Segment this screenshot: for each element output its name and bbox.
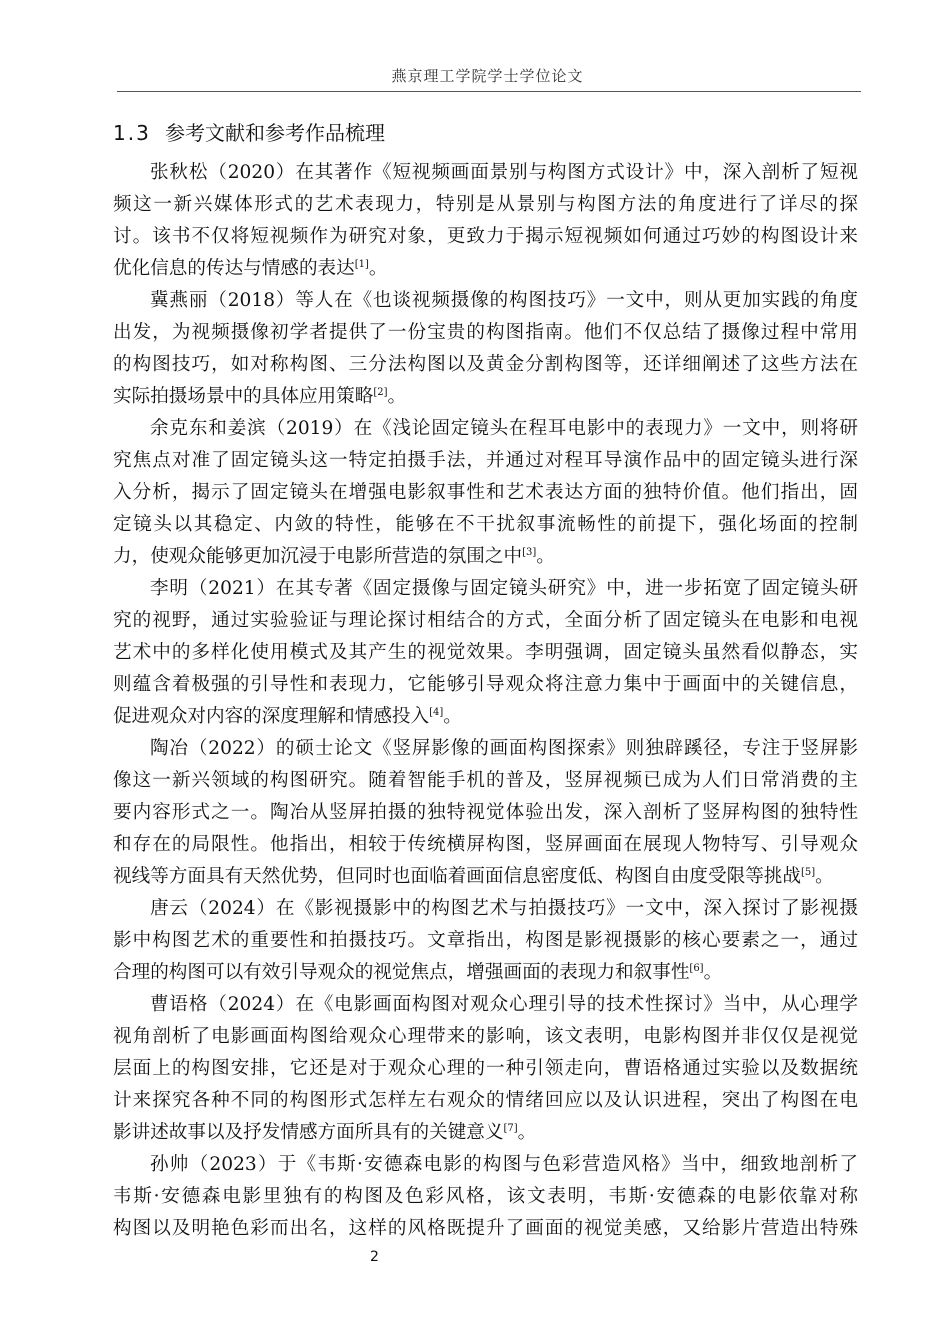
- text-fragment: 。: [443, 706, 462, 727]
- citation-ref[interactable]: [3]: [522, 547, 536, 558]
- text-line: 要内容形式之一。陶冶从竖屏拍摄的独特视觉体验出发，深入剖析了竖屏构图的独特性: [113, 797, 858, 829]
- text-line: 李明（2021）在其专著《固定摄像与固定镜头研究》中，进一步拓宽了固定镜头研: [113, 573, 858, 605]
- text-fragment: 。: [388, 386, 407, 407]
- citation-ref[interactable]: [5]: [801, 867, 815, 878]
- page-header-title: 燕京理工学院学士学位论文: [0, 65, 950, 86]
- text-line: 像这一新兴领域的构图研究。随着智能手机的普及，竖屏视频已成为人们日常消费的主: [113, 765, 858, 797]
- text-line: 讨。该书不仅将短视频作为研究对象，更致力于揭示短视频如何通过巧妙的构图设计来: [113, 221, 858, 253]
- text-line: 冀燕丽（2018）等人在《也谈视频摄像的构图技巧》一文中，则从更加实践的角度: [113, 285, 858, 317]
- text-fragment: 影讲述故事以及抒发情感方面所具有的关键意义: [113, 1122, 503, 1143]
- text-fragment: 。: [704, 962, 723, 983]
- text-line: 的构图技巧，如对称构图、三分法构图以及黄金分割构图等，还详细阐述了这些方法在: [113, 349, 858, 381]
- text-line: 视角剖析了电影画面构图给观众心理带来的影响，该文表明，电影构图并非仅仅是视觉: [113, 1021, 858, 1053]
- citation-ref[interactable]: [2]: [373, 387, 387, 398]
- text-line: 究的视野，通过实验验证与理论探讨相结合的方式，全面分析了固定镜头在电影和电视: [113, 605, 858, 637]
- paragraph: 李明（2021）在其专著《固定摄像与固定镜头研究》中，进一步拓宽了固定镜头研 究…: [113, 573, 858, 733]
- text-line: 艺术中的多样化使用模式及其产生的视觉效果。李明强调，固定镜头虽然看似静态，实: [113, 637, 858, 669]
- citation-ref[interactable]: [7]: [503, 1123, 517, 1134]
- paragraph: 冀燕丽（2018）等人在《也谈视频摄像的构图技巧》一文中，则从更加实践的角度 出…: [113, 285, 858, 413]
- text-fragment: 视线等方面具有天然优势，但同时也面临着画面信息密度低、构图自由度受限等挑战: [113, 866, 801, 887]
- paragraph: 唐云（2024）在《影视摄影中的构图艺术与拍摄技巧》一文中，深入探讨了影视摄 影…: [113, 893, 858, 989]
- citation-ref[interactable]: [1]: [355, 259, 369, 270]
- text-line: 陶冶（2022）的硕士论文《竖屏影像的画面构图探索》则独辟蹊径，专注于竖屏影: [113, 733, 858, 765]
- text-line: 定镜头以其稳定、内敛的特性，能够在不干扰叙事流畅性的前提下，强化场面的控制: [113, 509, 858, 541]
- text-line: 韦斯·安德森电影里独有的构图及色彩风格，该文表明，韦斯·安德森的电影依靠对称: [113, 1181, 858, 1213]
- text-line: 孙帅（2023）于《韦斯·安德森电影的构图与色彩营造风格》当中，细致地剖析了: [113, 1149, 858, 1181]
- citation-ref[interactable]: [6]: [689, 963, 703, 974]
- text-line: 和存在的局限性。他指出，相较于传统横屏构图，竖屏画面在展现人物特写、引导观众: [113, 829, 858, 861]
- section-heading: 1.3参考文献和参考作品梳理: [113, 117, 385, 146]
- text-line-last: 影讲述故事以及抒发情感方面所具有的关键意义[7]。: [113, 1117, 858, 1149]
- text-line: 究焦点对准了固定镜头这一特定拍摄手法，并通过对程耳导演作品中的固定镜头进行深: [113, 445, 858, 477]
- section-number: 1.3: [113, 121, 165, 145]
- text-line-last: 力，使观众能够更加沉浸于电影所营造的氛围之中[3]。: [113, 541, 858, 573]
- body-text: 张秋松（2020）在其著作《短视频画面景别与构图方式设计》中，深入剖析了短视 频…: [113, 157, 858, 1245]
- text-line-last: 促进观众对内容的深度理解和情感投入[4]。: [113, 701, 858, 733]
- text-fragment: 力，使观众能够更加沉浸于电影所营造的氛围之中: [113, 546, 522, 567]
- header-rule: [117, 91, 861, 92]
- text-line: 频这一新兴媒体形式的艺术表现力，特别是从景别与构图方法的角度进行了详尽的探: [113, 189, 858, 221]
- text-line: 计来探究各种不同的构图形式怎样左右观众的情绪回应以及认识进程，突出了构图在电: [113, 1085, 858, 1117]
- text-fragment: 。: [815, 866, 834, 887]
- text-fragment: 促进观众对内容的深度理解和情感投入: [113, 706, 429, 727]
- text-fragment: 实际拍摄场景中的具体应用策略: [113, 386, 373, 407]
- section-title: 参考文献和参考作品梳理: [165, 121, 385, 145]
- text-line-last: 实际拍摄场景中的具体应用策略[2]。: [113, 381, 858, 413]
- text-line: 出发，为视频摄像初学者提供了一份宝贵的构图指南。他们不仅总结了摄像过程中常用: [113, 317, 858, 349]
- text-line: 曹语格（2024）在《电影画面构图对观众心理引导的技术性探讨》当中，从心理学: [113, 989, 858, 1021]
- citation-ref[interactable]: [4]: [429, 707, 443, 718]
- paragraph: 孙帅（2023）于《韦斯·安德森电影的构图与色彩营造风格》当中，细致地剖析了 韦…: [113, 1149, 858, 1245]
- text-line: 张秋松（2020）在其著作《短视频画面景别与构图方式设计》中，深入剖析了短视: [113, 157, 858, 189]
- page-number: 2: [370, 1249, 379, 1265]
- paragraph: 陶冶（2022）的硕士论文《竖屏影像的画面构图探索》则独辟蹊径，专注于竖屏影 像…: [113, 733, 858, 893]
- paragraph: 曹语格（2024）在《电影画面构图对观众心理引导的技术性探讨》当中，从心理学 视…: [113, 989, 858, 1149]
- text-fragment: 。: [518, 1122, 537, 1143]
- text-line-last: 合理的构图可以有效引导观众的视觉焦点，增强画面的表现力和叙事性[6]。: [113, 957, 858, 989]
- text-fragment: 合理的构图可以有效引导观众的视觉焦点，增强画面的表现力和叙事性: [113, 962, 689, 983]
- text-line-last: 优化信息的传达与情感的表达[1]。: [113, 253, 858, 285]
- text-line-last: 视线等方面具有天然优势，但同时也面临着画面信息密度低、构图自由度受限等挑战[5]…: [113, 861, 858, 893]
- paragraph: 张秋松（2020）在其著作《短视频画面景别与构图方式设计》中，深入剖析了短视 频…: [113, 157, 858, 285]
- text-fragment: 优化信息的传达与情感的表达: [113, 258, 355, 279]
- text-line: 则蕴含着极强的引导性和表现力，它能够引导观众将注意力集中于画面中的关键信息，: [113, 669, 858, 701]
- text-line: 构图以及明艳色彩而出名，这样的风格既提升了画面的视觉美感，又给影片营造出特殊: [113, 1213, 858, 1245]
- text-line: 唐云（2024）在《影视摄影中的构图艺术与拍摄技巧》一文中，深入探讨了影视摄: [113, 893, 858, 925]
- text-line: 影中构图艺术的重要性和拍摄技巧。文章指出，构图是影视摄影的核心要素之一，通过: [113, 925, 858, 957]
- text-line: 层面上的构图安排，它还是对于观众心理的一种引领走向，曹语格通过实验以及数据统: [113, 1053, 858, 1085]
- text-line: 入分析，揭示了固定镜头在增强电影叙事性和艺术表达方面的独特价值。他们指出，固: [113, 477, 858, 509]
- text-fragment: 。: [369, 258, 388, 279]
- text-line: 余克东和姜滨（2019）在《浅论固定镜头在程耳电影中的表现力》一文中，则将研: [113, 413, 858, 445]
- paragraph: 余克东和姜滨（2019）在《浅论固定镜头在程耳电影中的表现力》一文中，则将研 究…: [113, 413, 858, 573]
- text-fragment: 。: [536, 546, 555, 567]
